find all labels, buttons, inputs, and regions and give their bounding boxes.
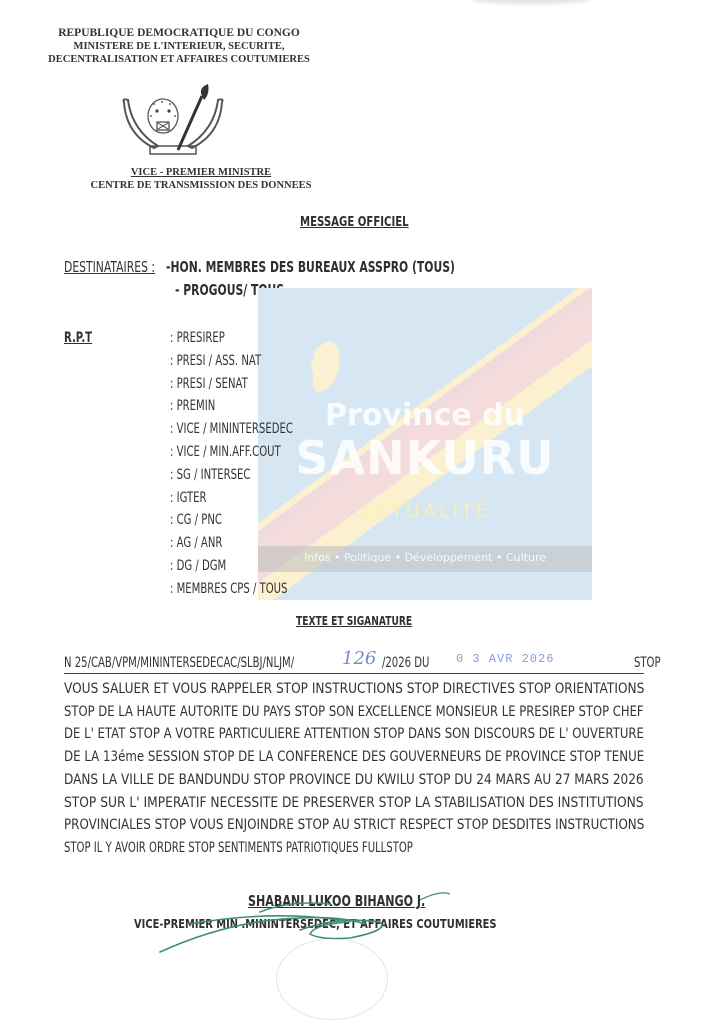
rpt-item: : VICE / MININTERSEDEC <box>170 421 293 437</box>
body-line: DANS LA VILLE DE BANDUNDU STOP PROVINCE … <box>64 772 644 788</box>
handwritten-signature-icon <box>150 880 480 990</box>
body-line: STOP DE LA HAUTE AUTORITE DU PAYS STOP S… <box>64 704 644 720</box>
watermark-tagline: Infos • Politique • Développement • Cult… <box>258 551 592 564</box>
body-line: DE L' ETAT STOP A VOTRE PARTICULIERE ATT… <box>64 726 644 742</box>
ministry-name-line2: DECENTRALISATION ET AFFAIRES COUTUMIERES <box>44 53 314 66</box>
rpt-item: : AG / ANR <box>170 535 222 551</box>
issuing-office: VICE - PREMIER MINISTRE CENTRE DE TRANSM… <box>56 166 346 192</box>
handwritten-number: 126 <box>342 648 376 669</box>
country-name: REPUBLIQUE DEMOCRATIQUE DU CONGO <box>44 26 314 40</box>
rpt-item: : DG / DGM <box>170 558 226 574</box>
rpt-item: : SG / INTERSEC <box>170 467 250 483</box>
rpt-item: : PRESI / ASS. NAT <box>170 353 261 369</box>
sankuru-actualite-watermark: Province du SANKURU ACTUALITÉ Infos • Po… <box>258 288 592 600</box>
reference-year: /2026 DU <box>382 655 429 671</box>
recipients-label: DESTINATAIRES : <box>64 258 155 276</box>
reference-stop: STOP <box>634 655 661 671</box>
office-title: VICE - PREMIER MINISTRE <box>56 166 346 179</box>
ministry-name-line1: MINISTERE DE L'INTERIEUR, SECURITE, <box>44 40 314 53</box>
document-title: MESSAGE OFFICIEL <box>300 215 409 230</box>
rpt-item: : IGTER <box>170 490 207 506</box>
body-line: DE LA 13éme SESSION STOP DE LA CONFERENC… <box>64 749 644 765</box>
coat-of-arms-icon <box>118 82 228 160</box>
rpt-item: : VICE / MIN.AFF.COUT <box>170 444 281 460</box>
watermark-line1: Province du <box>258 398 592 433</box>
reference-number: N 25/CAB/VPM/MININTERSEDECAC/SLBJ/NLJM/ <box>64 655 294 671</box>
rpt-item: : PRESIREP <box>170 330 225 346</box>
date-stamp: 0 3 AVR 2026 <box>456 652 554 666</box>
scan-smudge <box>470 0 590 4</box>
watermark-line3: ACTUALITÉ <box>258 500 592 522</box>
rpt-item: : MEMBRES CPS / TOUS <box>170 581 287 597</box>
office-subtitle: CENTRE DE TRANSMISSION DES DONNEES <box>56 179 346 192</box>
letterhead: REPUBLIQUE DEMOCRATIQUE DU CONGO MINISTE… <box>44 26 314 66</box>
rpt-item: : CG / PNC <box>170 512 222 528</box>
rpt-label: R.P.T <box>64 330 92 346</box>
rpt-item: : PRESI / SENAT <box>170 376 248 392</box>
body-line: STOP IL Y AVOIR ORDRE STOP SENTIMENTS PA… <box>64 840 413 856</box>
watermark-line2: SANKURU <box>258 431 592 485</box>
sankuru-map-icon <box>311 341 339 392</box>
body-line: STOP SUR L' IMPERATIF NECESSITE DE PRESE… <box>64 795 644 811</box>
recipient-item: -HON. MEMBRES DES BUREAUX ASSPRO (TOUS) <box>166 258 455 276</box>
body-line: PROVINCIALES STOP VOUS ENJOINDRE STOP AU… <box>64 817 644 833</box>
rpt-item: : PREMIN <box>170 398 215 414</box>
body-line: VOUS SALUER ET VOUS RAPPELER STOP INSTRU… <box>64 681 644 697</box>
section-label: TEXTE ET SIGANATURE <box>296 614 412 628</box>
